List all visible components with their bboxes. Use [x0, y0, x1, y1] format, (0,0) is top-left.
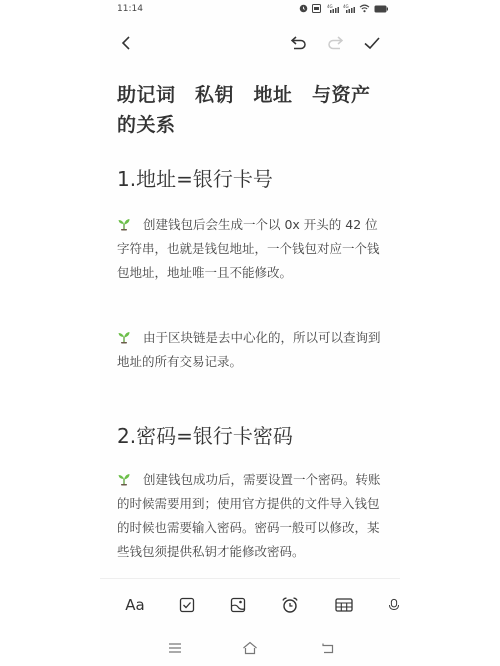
text-style-label: Aa: [125, 596, 144, 614]
redo-button[interactable]: [324, 32, 346, 54]
sprout-icon: [117, 328, 131, 342]
paragraph-1-1[interactable]: 创建钱包后会生成一个以 0x 开头的 42 位字符串，也就是钱包地址，一个钱包对…: [117, 213, 389, 285]
check-icon: [363, 35, 381, 51]
paragraph-text: 创建钱包后会生成一个以 0x 开头的 42 位字符串，也就是钱包地址，一个钱包对…: [117, 217, 380, 280]
menu-icon: [168, 642, 182, 654]
phone-screen: 11:14 4G 4G: [100, 0, 400, 666]
sprout-icon: [117, 215, 131, 229]
editor-top-bar: [100, 30, 400, 58]
undo-button[interactable]: [288, 32, 310, 54]
section-heading-1[interactable]: 1.地址=银行卡号: [117, 163, 273, 192]
nav-back-button[interactable]: [316, 636, 340, 660]
done-button[interactable]: [361, 32, 383, 54]
paragraph-2-1[interactable]: 创建钱包成功后，需要设置一个密码。转账的时候需要用到；使用官方提供的文件导入钱包…: [117, 468, 389, 564]
format-toolbar: Aa: [100, 590, 400, 620]
signal-4g-icon: 4G: [327, 4, 339, 15]
home-icon: [242, 641, 258, 655]
section-heading-2[interactable]: 2.密码=银行卡密码: [117, 420, 293, 449]
wifi-icon: [359, 4, 370, 15]
image-button[interactable]: [227, 594, 249, 616]
alarm-clock-icon: [281, 596, 299, 614]
battery-icon: [374, 5, 388, 15]
back-arrow-icon: [321, 642, 335, 654]
hd-icon: [312, 4, 323, 15]
checklist-button[interactable]: [176, 594, 198, 616]
signal-4g-icon: 4G: [343, 4, 355, 15]
nav-home-button[interactable]: [238, 636, 262, 660]
nav-menu-button[interactable]: [163, 636, 187, 660]
checkbox-icon: [179, 597, 195, 613]
system-nav-bar: [100, 636, 400, 660]
svg-text:4G: 4G: [343, 4, 349, 9]
back-button[interactable]: [115, 32, 137, 54]
microphone-icon: [388, 596, 400, 614]
sprout-icon: [117, 470, 131, 484]
paragraph-1-2[interactable]: 由于区块链是去中心化的，所以可以查询到地址的所有交易记录。: [117, 326, 389, 374]
toolbar-divider: [100, 578, 400, 579]
table-button[interactable]: [333, 594, 355, 616]
status-time: 11:14: [117, 4, 143, 14]
alarm-button[interactable]: [279, 594, 301, 616]
note-title[interactable]: 助记词 私钥 地址 与资产的关系: [117, 80, 387, 140]
redo-icon: [326, 35, 344, 51]
paragraph-text: 由于区块链是去中心化的，所以可以查询到地址的所有交易记录。: [117, 330, 381, 369]
voice-button[interactable]: [388, 594, 400, 616]
table-icon: [335, 598, 353, 612]
paragraph-text: 创建钱包成功后，需要设置一个密码。转账的时候需要用到；使用官方提供的文件导入钱包…: [117, 472, 381, 559]
image-icon: [230, 597, 246, 613]
chevron-left-icon: [119, 35, 133, 51]
status-icons: 4G 4G: [299, 4, 388, 15]
text-style-button[interactable]: Aa: [122, 594, 148, 616]
alarm-icon: [299, 4, 308, 15]
undo-icon: [290, 35, 308, 51]
svg-text:4G: 4G: [327, 4, 333, 9]
status-bar: 11:14 4G 4G: [117, 4, 388, 18]
